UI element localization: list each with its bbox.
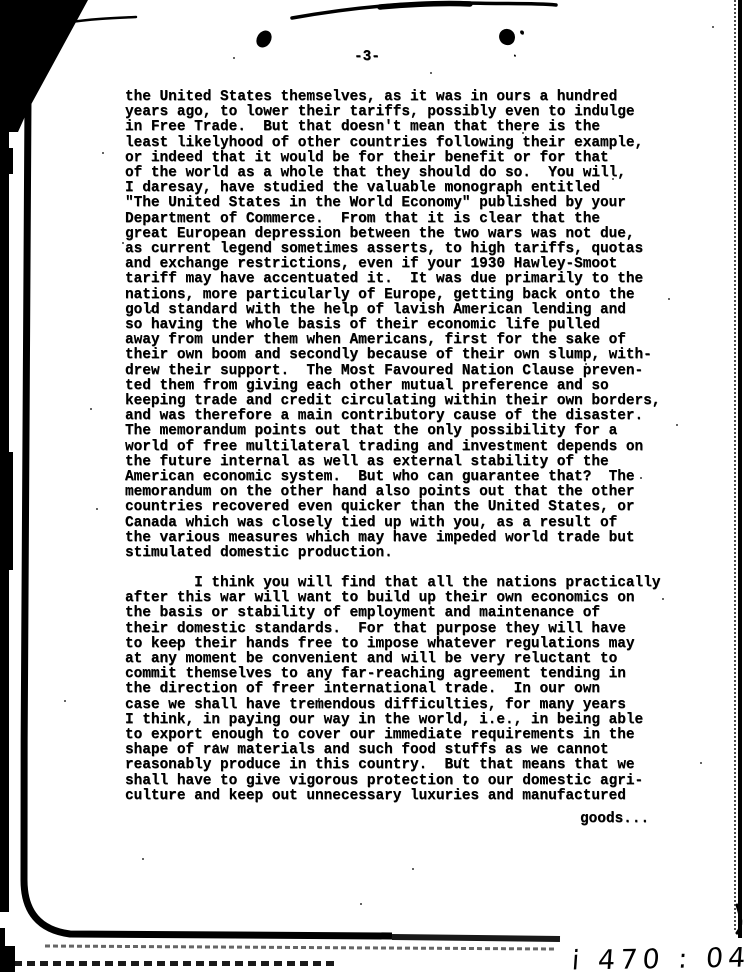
scanned-document-page: -3- the United States themselves, as it … [0,0,750,972]
page-bottom-edge-fuzz [45,946,555,949]
scan-right-edge-line [738,0,742,938]
page-continuation-word: goods... [580,812,649,827]
scan-left-edge-bump [0,148,13,174]
page-bottom-edge-line [392,937,560,939]
body-paragraph-2: I think you will find that all the natio… [125,576,660,804]
scan-left-edge-bump [0,452,13,570]
scan-right-edge-fuzz [734,0,736,930]
handwritten-reference-number: i 470 : 04 [571,942,750,972]
paper-speckles [0,0,2,2]
scan-streak-long-thick [380,4,470,7]
scan-bottom-dashed-line [14,961,336,966]
page-number: -3- [354,50,380,65]
body-paragraph-1: the United States themselves, as it was … [125,90,660,561]
scan-bottom-left-corner-stem [0,928,5,972]
